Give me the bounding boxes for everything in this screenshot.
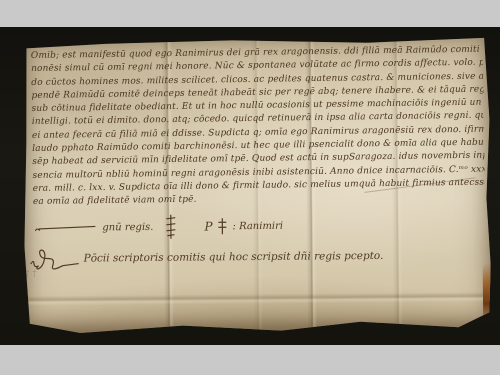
king-signature-row: gnū regis. P : Ranimiri <box>33 213 283 241</box>
king-name: : Ranimiri <box>232 220 283 231</box>
scribe-signature-row: Pōcii scriptoris comitis qui hoc scripsi… <box>29 241 384 274</box>
royal-signum-icon <box>164 214 177 240</box>
horizontal-fold-crease <box>24 292 491 306</box>
signature-flourish-icon <box>33 221 97 234</box>
scribe-attestation: Pōcii scriptoris comitis qui hoc scripsi… <box>84 250 384 265</box>
cross-signum-icon <box>217 217 227 235</box>
charter-text-block: Omib; est manifestū quod ego Ranimirus d… <box>31 44 485 210</box>
king-signature-prefix: gnū regis. <box>102 221 153 232</box>
parchment-charter: Omib; est manifestū quod ego Ranimirus d… <box>22 37 492 334</box>
king-monogram: P <box>204 219 212 233</box>
